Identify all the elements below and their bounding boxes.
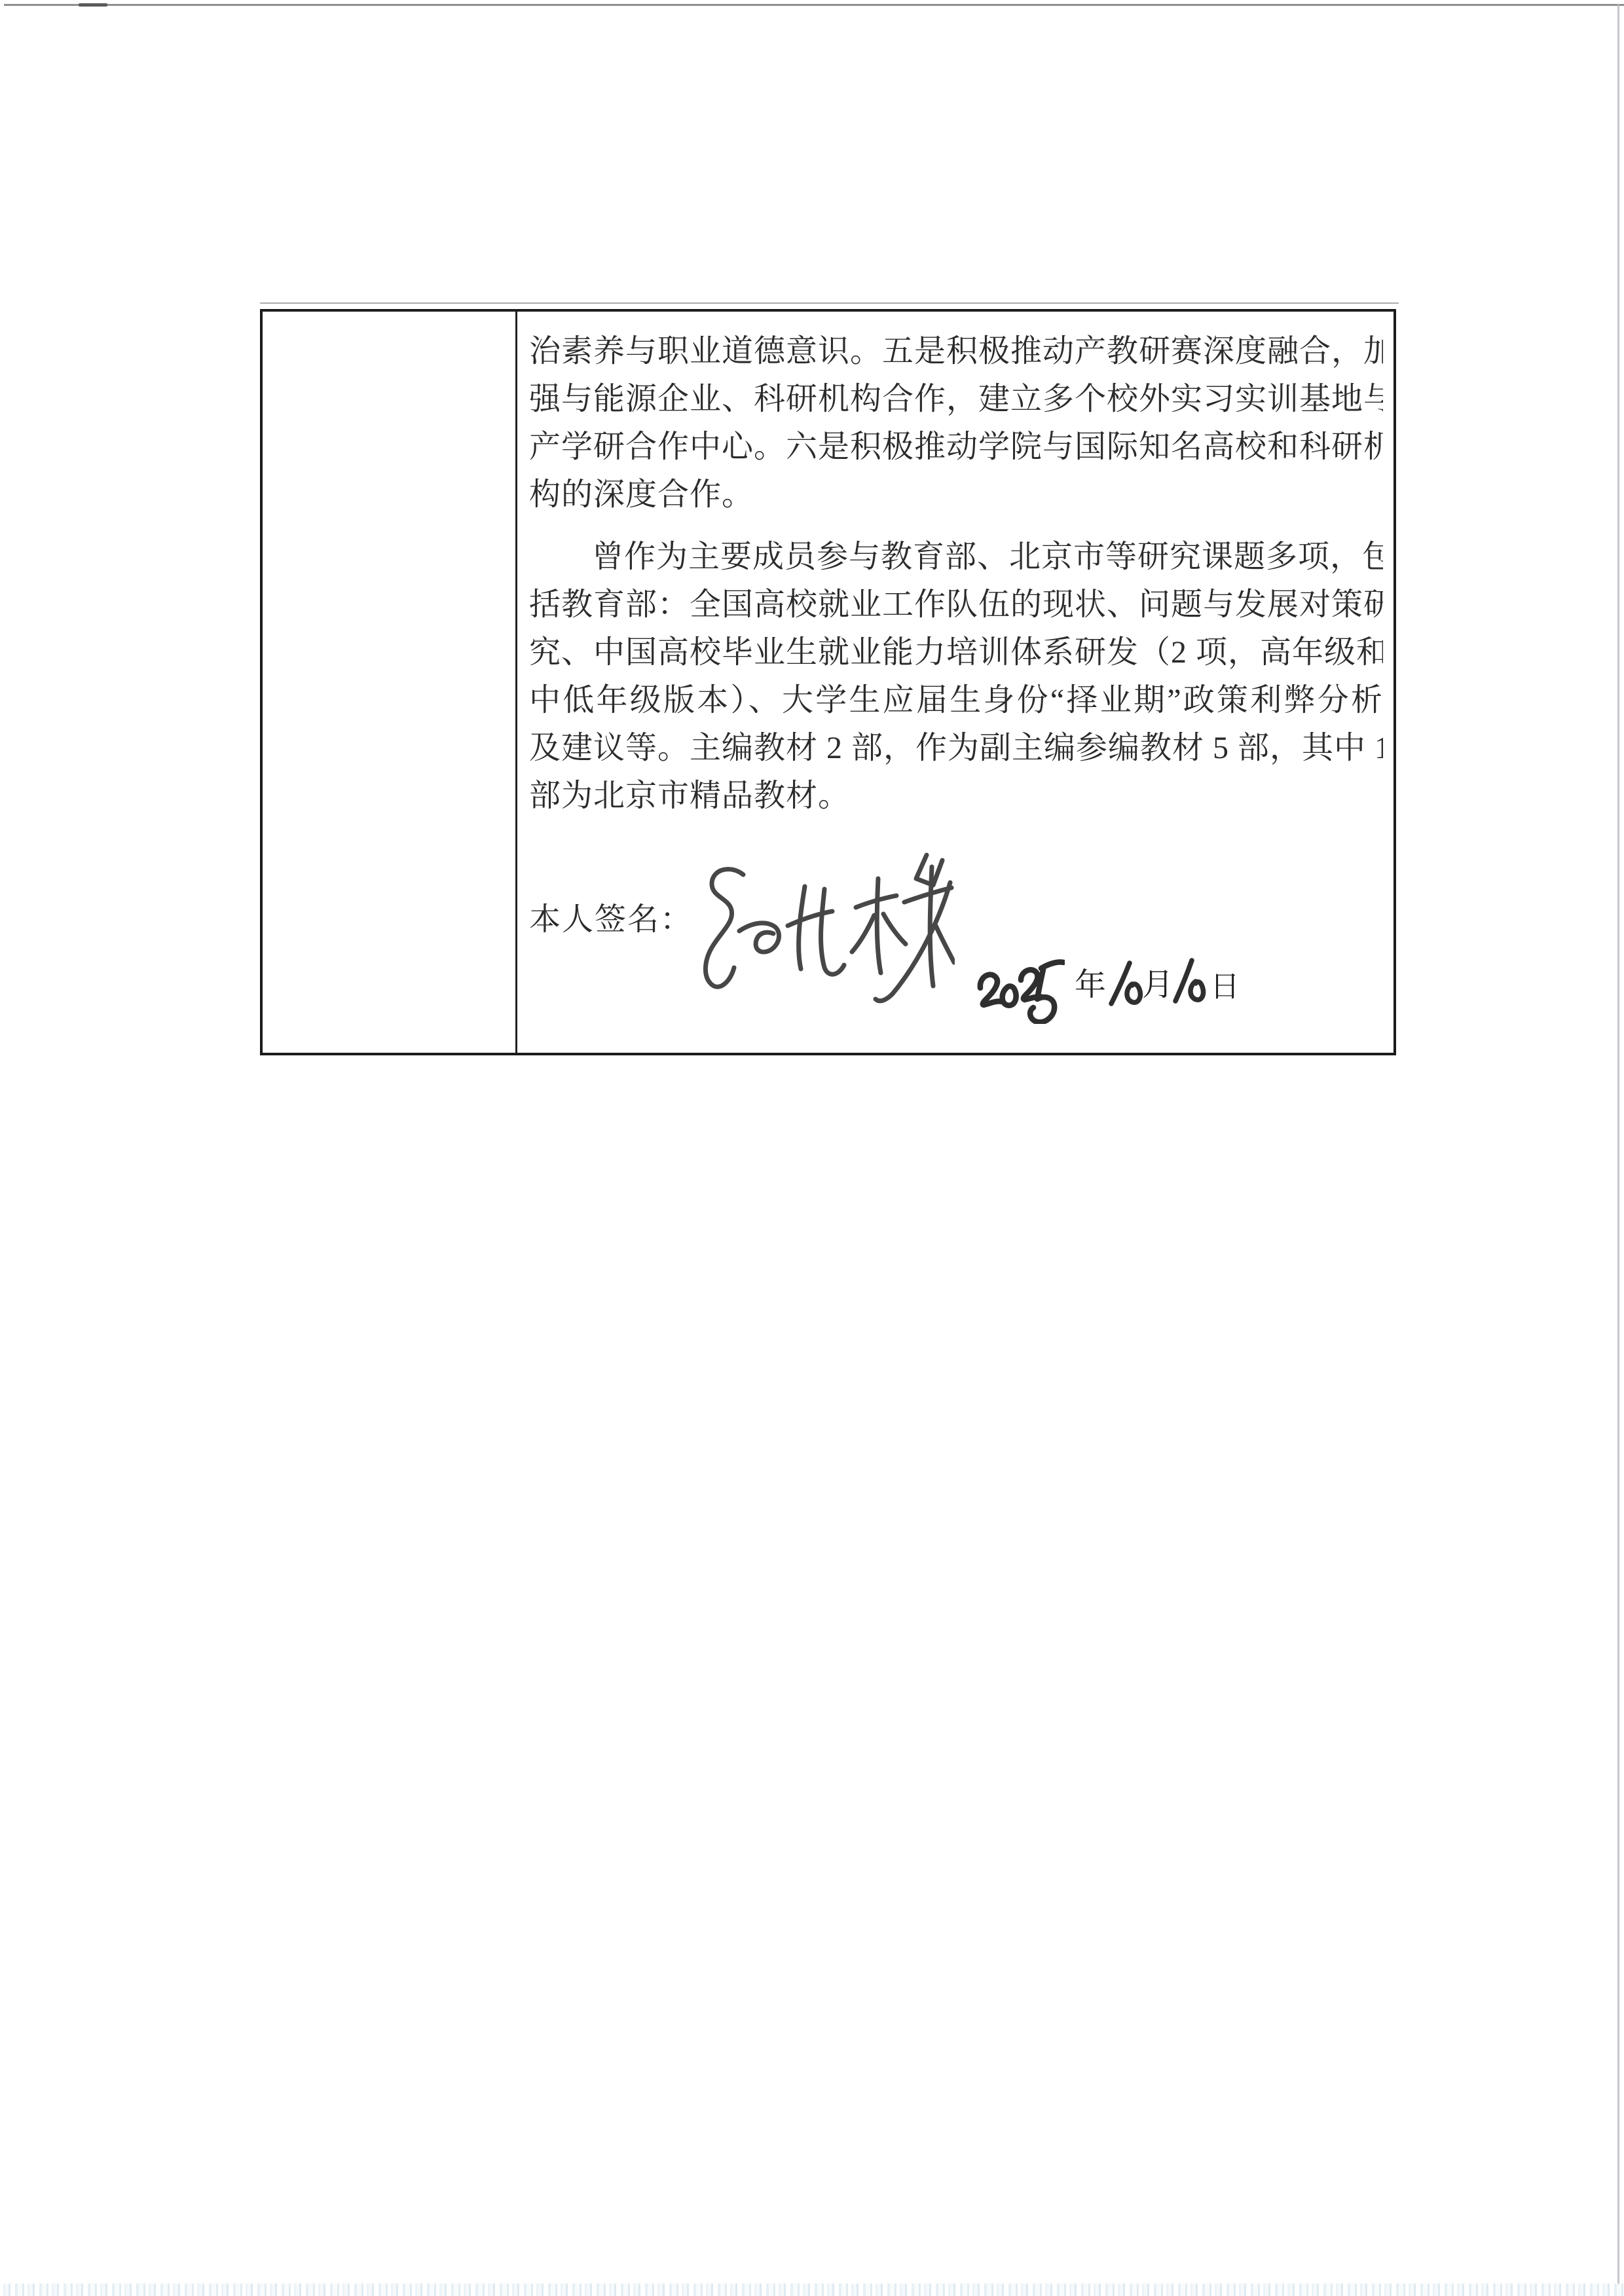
handwritten-year	[976, 955, 1065, 1024]
signature-handwriting-image	[696, 847, 955, 1004]
date-month-suffix: 月	[1142, 970, 1173, 1001]
text-line: 治素养与职业道德意识。五是积极推动产教研赛深度融合，加	[529, 327, 1383, 375]
text-line: 中低年级版本）、大学生应届生身份“择业期”政策利弊分析	[529, 676, 1383, 724]
text-line: 部为北京市精品教材。	[529, 772, 1383, 820]
date-row: 年 月 日	[976, 955, 1251, 1027]
text-line: 构的深度合作。	[529, 471, 1383, 519]
date-year-suffix: 年	[1075, 970, 1106, 1001]
handwritten-day	[1170, 957, 1208, 1008]
text-line: 究、中国高校毕业生就业能力培训体系研发（2 项，高年级和	[529, 629, 1383, 676]
text-line: 强与能源企业、科研机构合作，建立多个校外实习实训基地与	[529, 375, 1383, 423]
paragraph-1: 治素养与职业道德意识。五是积极推动产教研赛深度融合，加 强与能源企业、科研机构合…	[529, 327, 1383, 519]
scan-edge-bottom	[0, 2284, 1624, 2296]
text-line: 产学研合作中心。六是积极推动学院与国际知名高校和科研机	[529, 423, 1383, 471]
form-table: 治素养与职业道德意识。五是积极推动产教研赛深度融合，加 强与能源企业、科研机构合…	[260, 309, 1396, 1055]
text-line: 括教育部：全国高校就业工作队伍的现状、问题与发展对策研	[529, 581, 1383, 629]
date-day-suffix: 日	[1210, 972, 1240, 1002]
table-cell-content: 治素养与职业道德意识。五是积极推动产教研赛深度融合，加 强与能源企业、科研机构合…	[517, 312, 1393, 1053]
text-line: 及建议等。主编教材 2 部，作为副主编参编教材 5 部，其中 1	[529, 724, 1383, 772]
scan-border-echo	[260, 302, 1399, 304]
text-line: 曾作为主要成员参与教育部、北京市等研究课题多项，包	[529, 533, 1383, 581]
scan-edge-right	[1617, 4, 1619, 2286]
table-cell-left-empty	[263, 312, 515, 1053]
scan-edge-top	[4, 4, 1624, 6]
scan-smudge	[79, 3, 107, 7]
scanned-document-page: 治素养与职业道德意识。五是积极推动产教研赛深度融合，加 强与能源企业、科研机构合…	[0, 0, 1624, 2296]
handwritten-month	[1106, 958, 1144, 1009]
paragraph-2: 曾作为主要成员参与教育部、北京市等研究课题多项，包 括教育部：全国高校就业工作队…	[529, 533, 1383, 820]
signature-label: 本人签名：	[529, 896, 693, 943]
body-text: 治素养与职业道德意识。五是积极推动产教研赛深度融合，加 强与能源企业、科研机构合…	[517, 312, 1393, 820]
